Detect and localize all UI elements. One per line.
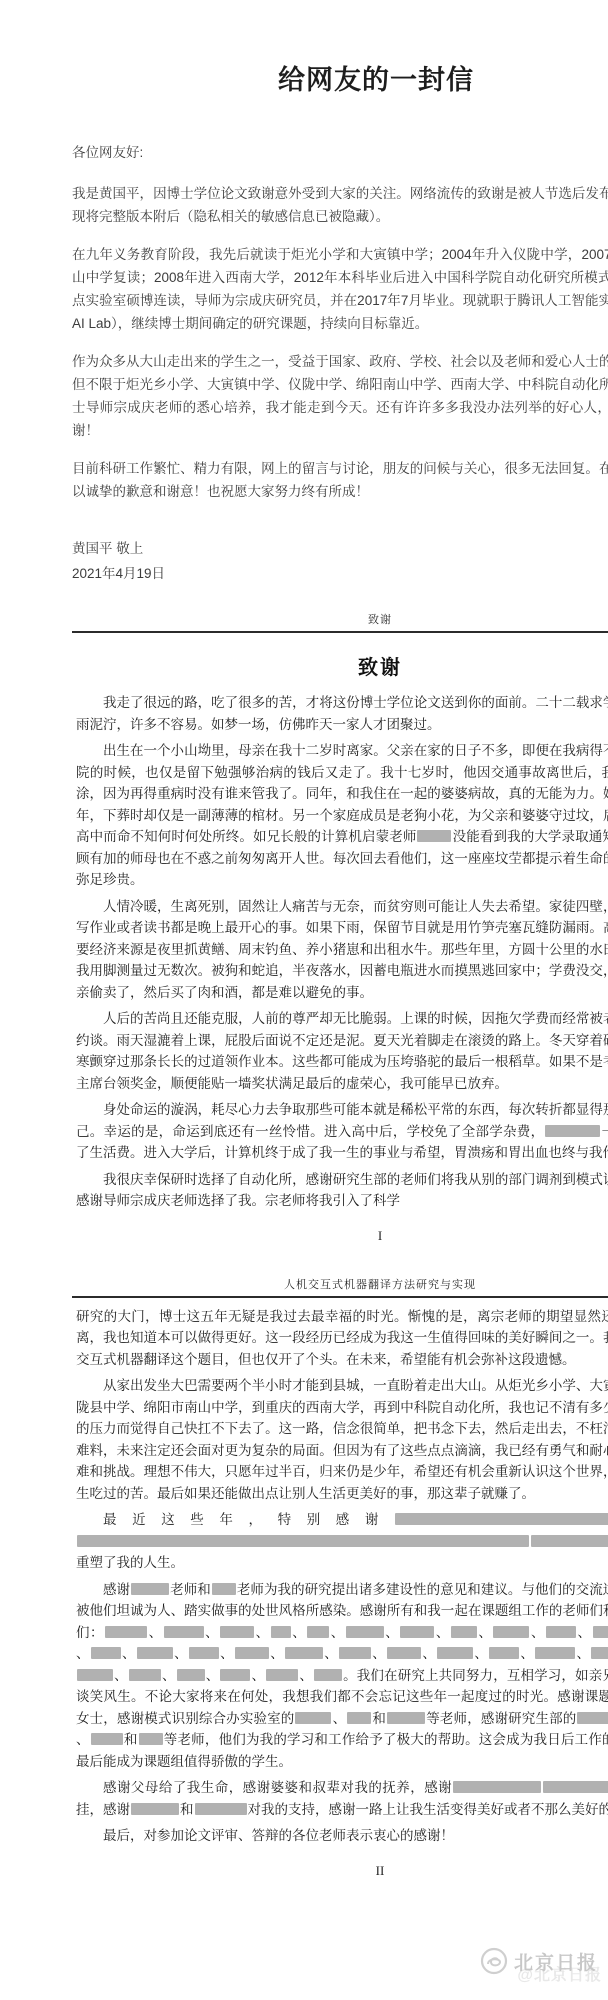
screenshot-root: { "letter": { "title": "给网友的一封信", "greet… bbox=[0, 0, 608, 2000]
page2-running-header: 人机交互式机器翻译方法研究与实现 bbox=[76, 1250, 608, 1292]
ack-paragraph-6: 我很庆幸保研时选择了自动化所，感谢研究生部的老师们将我从别的部门调剂到模式识别实… bbox=[76, 1169, 608, 1212]
redacted-text bbox=[531, 1535, 608, 1547]
ack-paragraph-3: 人情冷暖，生离死别，固然让人痛苦与无奈，而贫穷则可能让人失去希望。家徒四壁，在煤… bbox=[76, 896, 608, 1004]
redacted-text bbox=[91, 1733, 123, 1745]
page1-header-rule bbox=[72, 631, 608, 633]
thesis-acknowledgement-page-2: 人机交互式机器翻译方法研究与实现 研究的大门，博士这五年无疑是我过去最幸福的时光… bbox=[0, 1250, 608, 1879]
redacted-text bbox=[137, 1647, 173, 1659]
redacted-text bbox=[307, 1626, 329, 1638]
ack-paragraph-5: 身处命运的漩涡，耗尽心力去争取那些可能本就是稀松平常的东西，每次转折都显得那么的… bbox=[76, 1099, 608, 1164]
letter-paragraph-2: 在九年义务教育阶段，我先后就读于炬光小学和大寅镇中学；2004年升入仪陇中学，2… bbox=[72, 243, 608, 335]
redacted-text bbox=[177, 1669, 205, 1681]
letter-paragraph-4: 目前科研工作繁忙、精力有限，网上的留言与讨论，朋友的问候与关心，很多无法回复。在… bbox=[72, 457, 608, 503]
page1-number: I bbox=[76, 1228, 608, 1244]
redacted-text bbox=[91, 1647, 121, 1659]
redacted-text bbox=[77, 1669, 113, 1681]
redacted-text bbox=[545, 1125, 600, 1137]
redacted-text bbox=[131, 1583, 169, 1595]
redacted-text bbox=[189, 1647, 219, 1659]
redacted-text bbox=[493, 1626, 529, 1638]
beijing-daily-watermark: @北京日报 北京日报 bbox=[422, 1944, 602, 1990]
redacted-text bbox=[346, 1626, 384, 1638]
redacted-text bbox=[347, 1712, 371, 1724]
redacted-text bbox=[77, 1535, 529, 1547]
ack-paragraph-11: 感谢父母给了我生命，感谢婆婆和叔辈对我的抚养，感谢对我的牵挂，感谢和对我的支持，… bbox=[76, 1777, 608, 1820]
redacted-text bbox=[453, 1781, 541, 1793]
redacted-text bbox=[271, 1626, 291, 1638]
redacted-text bbox=[195, 1803, 247, 1815]
letter-paragraph-1: 我是黄国平，因博士学位论文致谢意外受到大家的关注。网络流传的致谢是被人节选后发布… bbox=[72, 182, 608, 228]
redacted-text bbox=[266, 1669, 298, 1681]
ack-paragraph-8: 从家出发坐大巴需要两个半小时才能到县城，一直盼着走出大山。从炬光乡小学、大寅镇中… bbox=[76, 1375, 608, 1504]
redacted-text bbox=[285, 1647, 323, 1659]
ack-paragraph-7: 研究的大门，博士这五年无疑是我过去最幸福的时光。惭愧的是，离宗老师的期望显然还有… bbox=[76, 1306, 608, 1371]
ack-paragraph-10: 感谢老师和老师为我的研究提出诸多建设性的意见和建议。与他们的交流过程中，我也被他… bbox=[76, 1579, 608, 1773]
redacted-text bbox=[212, 1583, 236, 1595]
page2-number: II bbox=[76, 1863, 608, 1879]
ack-paragraph-4: 人后的苦尚且还能克服，人前的尊严却无比脆弱。上课的时候，因拖欠学费而经常被老师叫… bbox=[76, 1008, 608, 1094]
redacted-text bbox=[295, 1712, 331, 1724]
acknowledgement-title: 致谢 bbox=[76, 651, 608, 680]
redacted-text bbox=[546, 1626, 576, 1638]
redacted-text bbox=[220, 1669, 250, 1681]
redacted-text bbox=[591, 1647, 608, 1659]
ack-paragraph-12: 最后，对参加论文评审、答辩的各位老师表示衷心的感谢！ bbox=[76, 1825, 608, 1847]
redacted-text bbox=[220, 1626, 254, 1638]
redacted-text bbox=[164, 1626, 204, 1638]
redacted-text bbox=[593, 1626, 608, 1638]
page1-running-header: 致谢 bbox=[76, 585, 608, 627]
watermark-source-text: 北京日报 bbox=[514, 1948, 598, 1975]
letter-title: 给网友的一封信 bbox=[72, 58, 608, 97]
beijing-daily-logo-icon bbox=[479, 1946, 509, 1976]
ack-paragraph-1: 我走了很远的路，吃了很多的苦，才将这份博士学位论文送到你的面前。二十二载求学路，… bbox=[76, 692, 608, 735]
redacted-text bbox=[535, 1647, 575, 1659]
redacted-text bbox=[105, 1626, 147, 1638]
letter-greeting: 各位网友好: bbox=[72, 141, 608, 164]
redacted-text bbox=[577, 1712, 608, 1724]
redacted-text bbox=[400, 1626, 434, 1638]
ack-paragraph-9: 最近这些年，特别感谢重塑了我的人生。 bbox=[76, 1509, 608, 1574]
letter-date: 2021年4月19日 bbox=[72, 562, 608, 585]
redacted-text bbox=[314, 1669, 342, 1681]
redacted-text bbox=[235, 1647, 269, 1659]
redacted-text bbox=[417, 830, 451, 842]
letter-paragraph-3: 作为众多从大山走出来的学生之一，受益于国家、政府、学校、社会以及老师和爱心人士的… bbox=[72, 350, 608, 442]
redacted-text bbox=[489, 1647, 519, 1659]
redacted-text bbox=[387, 1647, 421, 1659]
redacted-text bbox=[339, 1647, 371, 1659]
watermark-echo-text: @北京日报 bbox=[517, 1962, 602, 1985]
redacted-text bbox=[451, 1626, 477, 1638]
thesis-acknowledgement-page-1: 致谢 致谢 我走了很远的路，吃了很多的苦，才将这份博士学位论文送到你的面前。二十… bbox=[0, 585, 608, 1244]
redacted-text bbox=[387, 1712, 425, 1724]
redacted-text bbox=[139, 1733, 163, 1745]
letter-signature: 黄国平 敬上 bbox=[72, 537, 608, 560]
ack-paragraph-2: 出生在一个小山坳里，母亲在我十二岁时离家。父亲在家的日子不多，即便在我病得不能自… bbox=[76, 740, 608, 891]
netizen-letter: 给网友的一封信 各位网友好: 我是黄国平，因博士学位论文致谢意外受到大家的关注。… bbox=[0, 0, 608, 585]
redacted-text bbox=[437, 1647, 473, 1659]
redacted-text bbox=[129, 1669, 161, 1681]
redacted-text bbox=[131, 1803, 179, 1815]
redacted-text bbox=[543, 1781, 608, 1793]
redacted-text bbox=[395, 1513, 608, 1525]
